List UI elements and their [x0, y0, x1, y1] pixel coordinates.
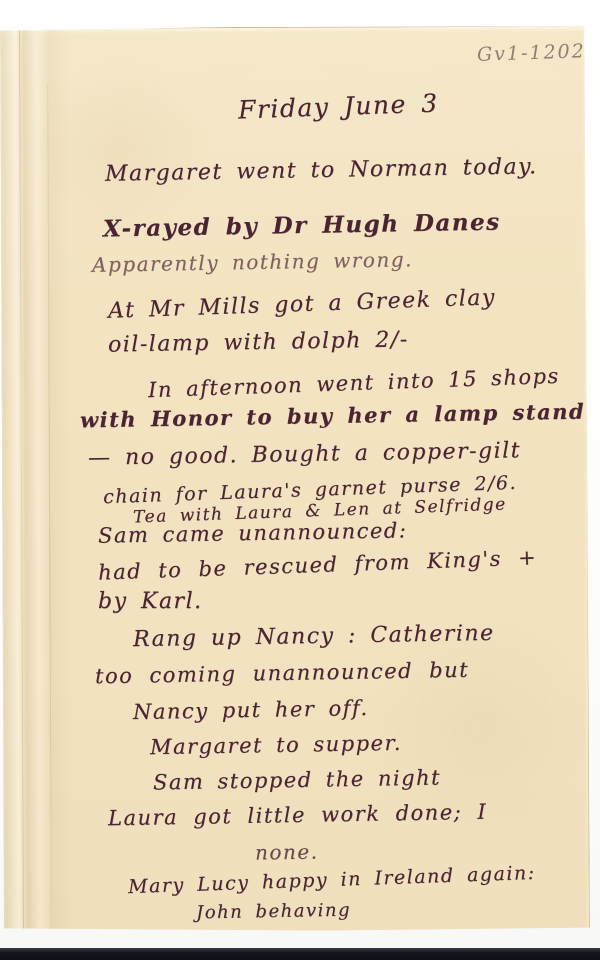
scanner-bed-edge — [0, 948, 600, 960]
page-gutter-crease — [0, 29, 74, 932]
handwritten-line: none. — [255, 839, 319, 864]
handwritten-line: Margaret to supper. — [150, 731, 402, 759]
scanner-background: Gv1-1202 Friday June 3 Margaret went to … — [0, 0, 600, 960]
handwritten-line: Sam stopped the night — [153, 765, 441, 794]
handwritten-line: by Karl. — [98, 589, 203, 614]
handwritten-line: Nancy put her off. — [133, 696, 369, 724]
handwritten-line: John behaving — [196, 900, 351, 924]
handwritten-line: oil-lamp with dolph 2/- — [108, 327, 409, 357]
catalog-number: Gv1-1202 — [477, 40, 586, 66]
